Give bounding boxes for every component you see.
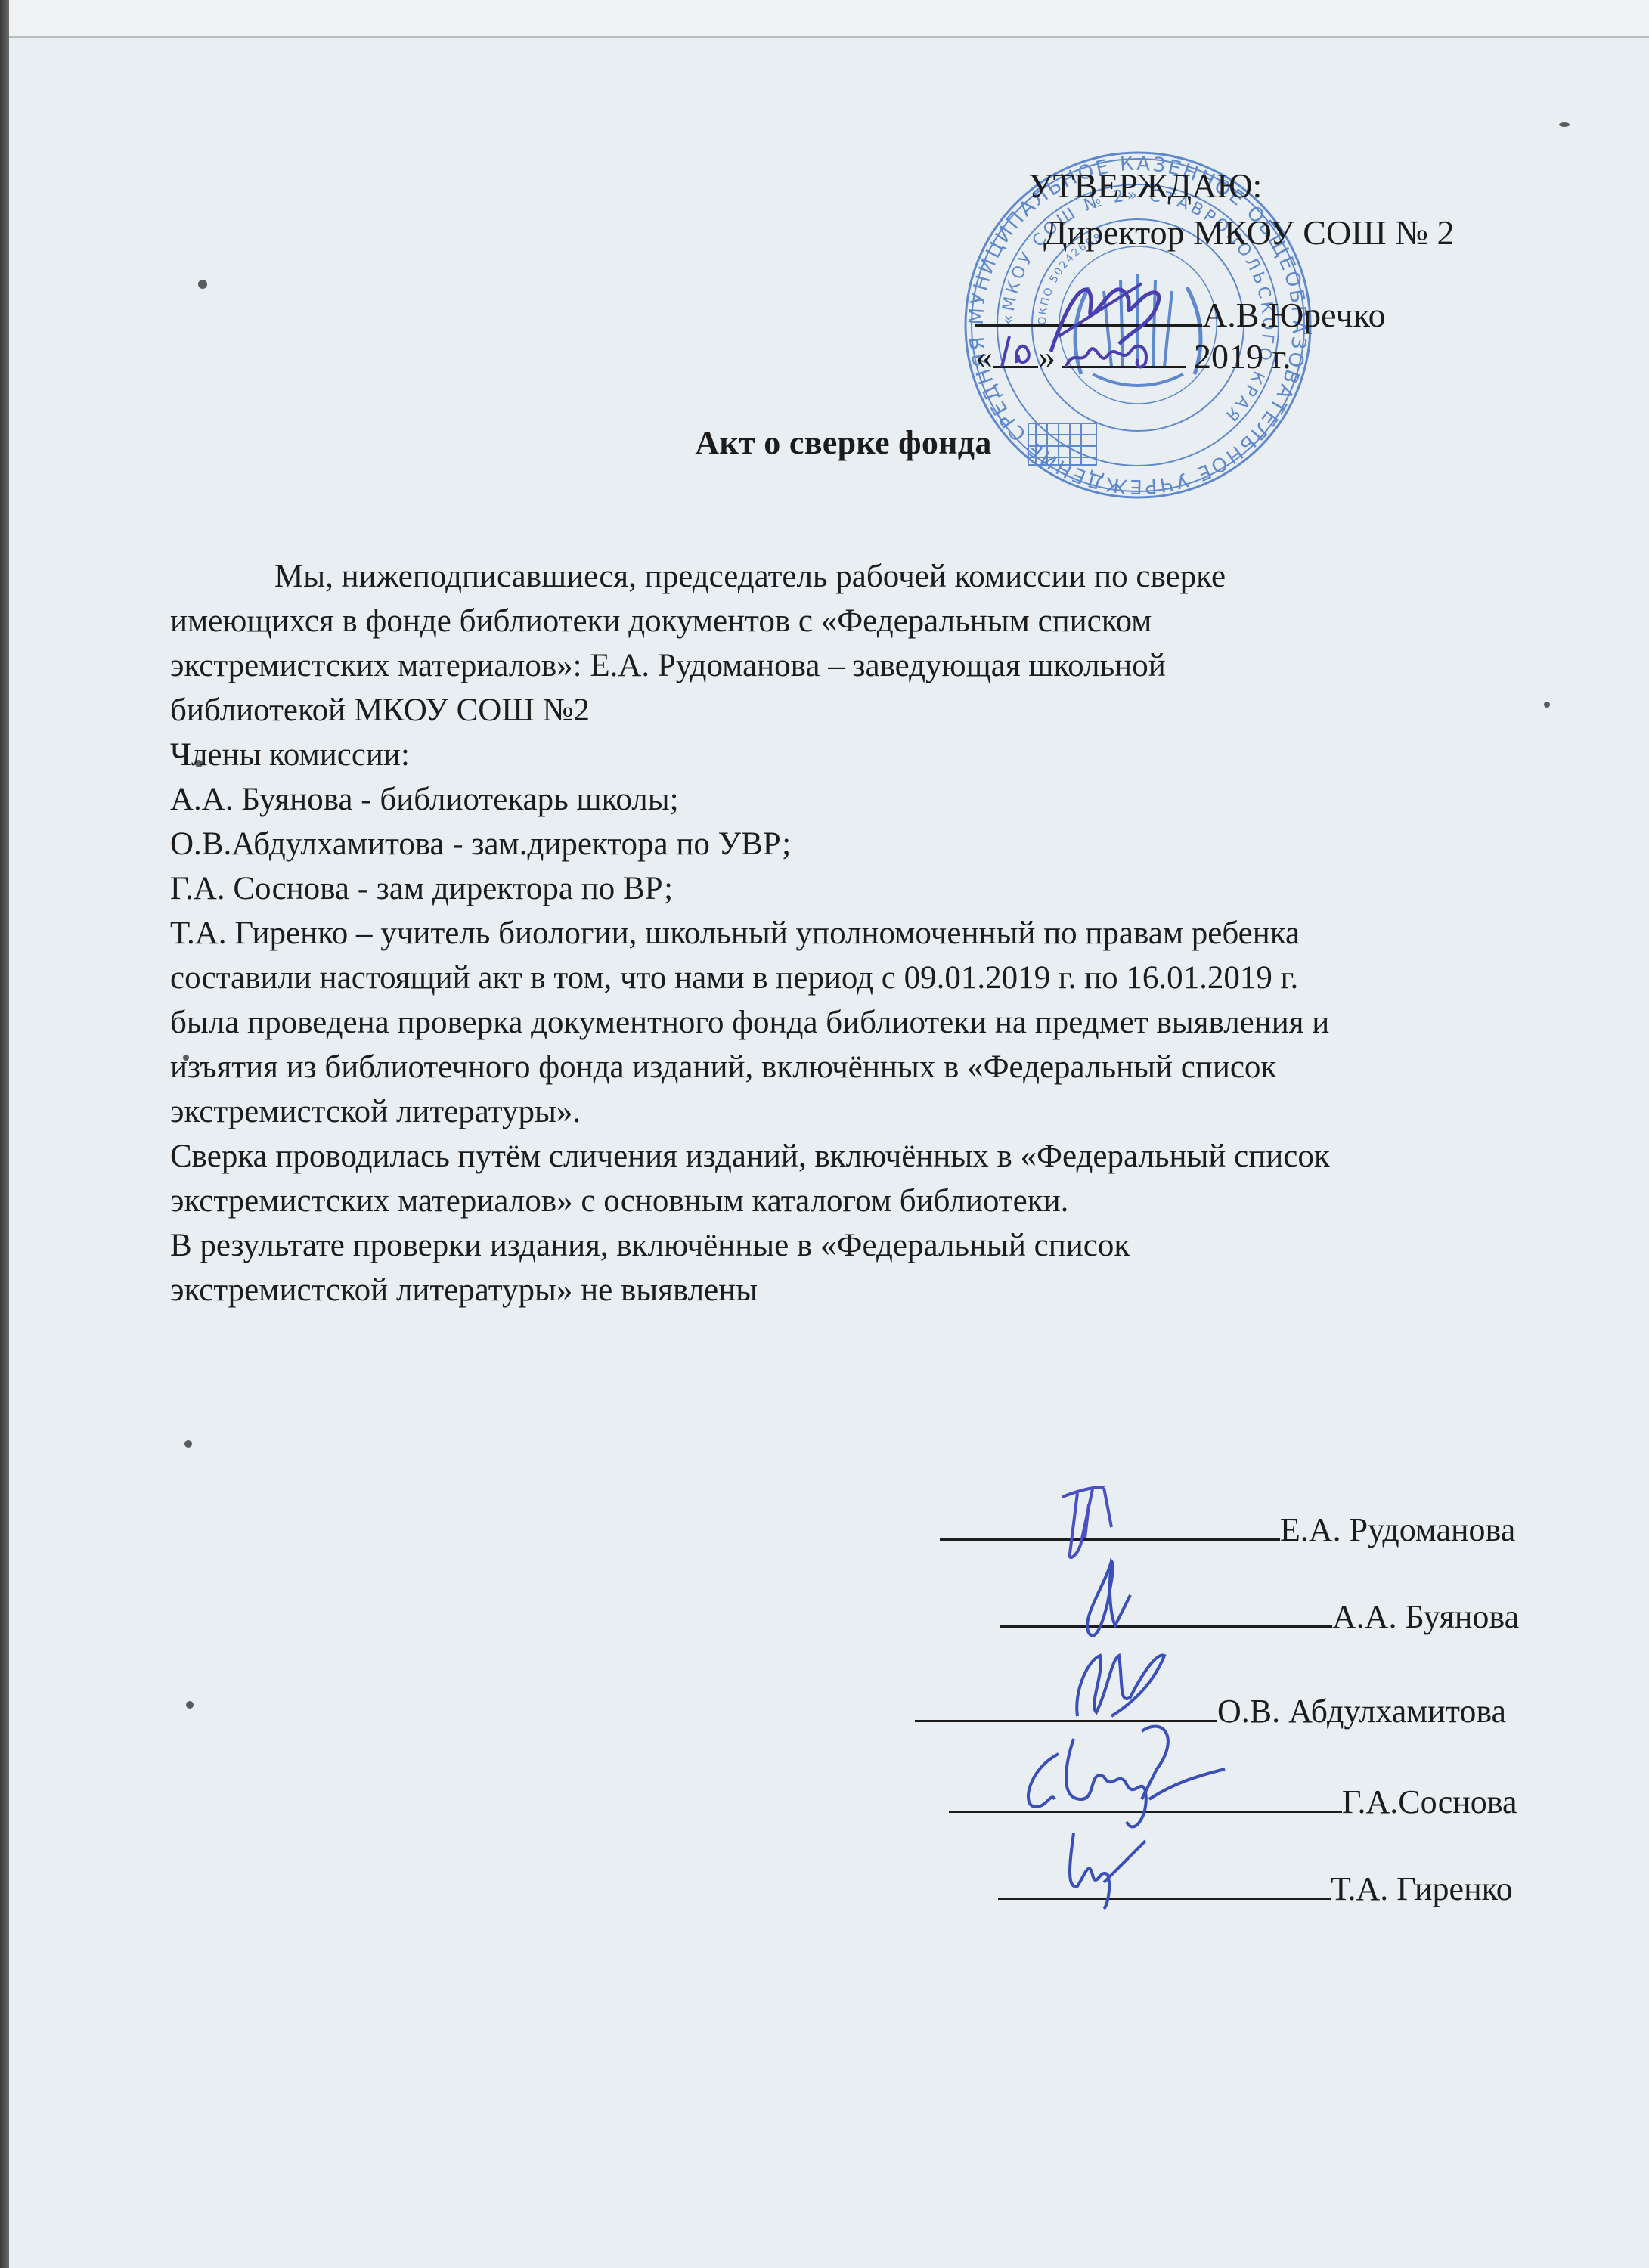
member-line: Г.А. Соснова - зам директора по ВР; (170, 866, 1554, 911)
scan-edge-top (9, 0, 1649, 38)
date-open-quote: « (975, 337, 993, 376)
scan-edge (0, 0, 9, 2268)
date-month-handwritten (1062, 333, 1161, 374)
body-line: библиотекой МКОУ СОШ №2 (170, 688, 1554, 733)
body-line: Мы, нижеподписавшиеся, председатель рабо… (170, 554, 1554, 599)
approval-signatory: А.В.Юречко (1202, 296, 1386, 334)
signature-row: Е.А. Рудоманова (940, 1508, 1515, 1549)
date-day-handwritten (994, 333, 1040, 370)
body-line: В результате проверки издания, включённы… (170, 1223, 1554, 1268)
member-line: Т.А. Гиренко – учитель биологии, школьны… (170, 911, 1554, 956)
body-line: экстремистских материалов» с основным ка… (170, 1179, 1554, 1223)
handwritten-signature (1059, 1482, 1127, 1565)
member-line: А.А. Буянова - библиотекарь школы; (170, 777, 1554, 822)
signatory-name: А.А. Буянова (1332, 1598, 1519, 1635)
signatory-name: О.В. Абдулхамитова (1217, 1693, 1506, 1730)
body-line: экстремистской литературы» не выявлены (170, 1268, 1554, 1312)
signature-rule (998, 1867, 1331, 1900)
handwritten-signature (1066, 1644, 1172, 1727)
scan-speck (186, 1701, 194, 1709)
document-title: Акт о сверке фонда (0, 423, 1649, 462)
body-line: имеющихся в фонде библиотеки документов … (170, 599, 1554, 643)
body-line: составили настоящий акт в том, что нами … (170, 956, 1554, 1000)
document-body: Мы, нижеподписавшиеся, председатель рабо… (170, 554, 1554, 1312)
date-year: 2019 г. (1194, 337, 1291, 376)
body-line: была проведена проверка документного фон… (170, 1000, 1554, 1045)
handwritten-signature (1059, 1822, 1157, 1913)
body-line: Сверка проводилась путём сличения издани… (170, 1134, 1554, 1179)
member-line: О.В.Абдулхамитова - зам.директора по УВР… (170, 822, 1554, 866)
handwritten-signature (1074, 1557, 1149, 1648)
approval-heading: УТВЕРЖДАЮ: (1028, 163, 1262, 209)
signatory-name: Г.А.Соснова (1342, 1783, 1517, 1820)
body-line: экстремистской литературы». (170, 1089, 1554, 1134)
approval-position: Директор МКОУ СОШ № 2 (1043, 209, 1455, 256)
commission-members-heading: Члены комиссии: (170, 733, 1554, 777)
body-line: изъятия из библиотечного фонда изданий, … (170, 1045, 1554, 1089)
scan-speck (184, 1440, 192, 1448)
scan-speck (1559, 122, 1570, 127)
body-line: экстремистских материалов»: Е.А. Рудоман… (170, 643, 1554, 688)
scan-speck (198, 280, 207, 289)
signatory-name: Е.А. Рудоманова (1280, 1511, 1515, 1548)
signature-rule (1000, 1595, 1332, 1628)
signatory-name: Т.А. Гиренко (1331, 1870, 1513, 1907)
